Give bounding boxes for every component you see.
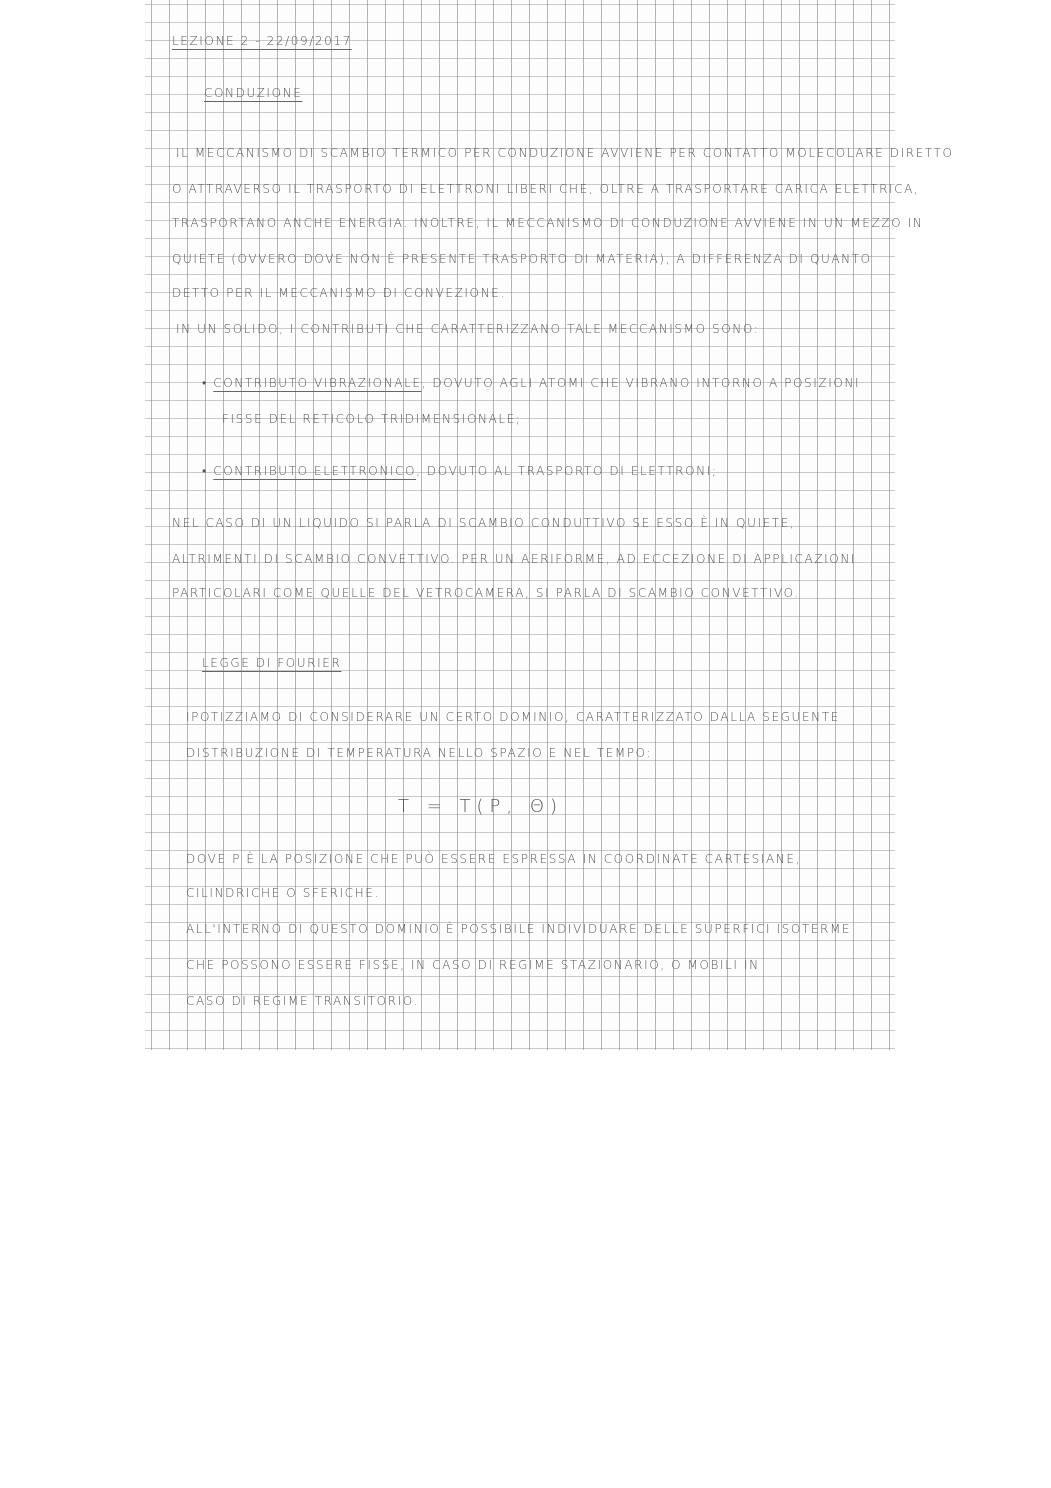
- paragraph-line: altrimenti di scambio convettivo. Per un…: [172, 552, 856, 566]
- bullet-item: • Contributo elettronico, dovuto al tras…: [202, 464, 717, 478]
- bullet-continuation: fisse del reticolo tridimensionale;: [222, 412, 522, 426]
- section-title-conduzione: Conduzione: [204, 86, 302, 100]
- lesson-header: Lezione 2 - 22/09/2017: [172, 34, 352, 48]
- paragraph-line: caso di regime transitorio.: [186, 994, 419, 1008]
- bullet-item: • Contributo vibrazionale, dovuto agli a…: [202, 376, 860, 390]
- equation: T = T(P, θ): [398, 796, 563, 817]
- bullet-dot: •: [202, 376, 213, 390]
- paragraph-line: cilindriche o sferiche.: [186, 886, 380, 900]
- paragraph-line: quiete (ovvero dove non è presente trasp…: [172, 252, 872, 266]
- bullet-term: Contributo elettronico: [213, 464, 416, 478]
- paragraph-line: In un solido, i contributi che caratteri…: [176, 322, 759, 336]
- paragraph-line: trasportano anche energia. Inoltre, il m…: [172, 216, 923, 230]
- paragraph-line: All'interno di questo dominio è possibil…: [186, 922, 851, 936]
- paragraph-line: Nel caso di un liquido si parla di scamb…: [172, 516, 795, 530]
- paragraph-line: Ipotizziamo di considerare un certo domi…: [186, 710, 840, 724]
- paragraph-line: detto per il meccanismo di convezione.: [172, 286, 506, 300]
- bullet-term: Contributo vibrazionale: [213, 376, 421, 390]
- paragraph-line: distribuzione di temperatura nello spazi…: [186, 746, 652, 760]
- paragraph-line: che possono essere fisse, in caso di reg…: [186, 958, 760, 972]
- paragraph-line: o attraverso il trasporto di elettroni l…: [172, 182, 919, 196]
- paragraph-line: Il meccanismo di scambio termico per con…: [176, 146, 954, 160]
- bullet-text: , dovuto agli atomi che vibrano intorno …: [422, 376, 861, 390]
- paragraph-line: Dove P è la posizione che può essere esp…: [186, 852, 801, 866]
- paragraph-line: particolari come quelle del vetrocamera,…: [172, 586, 800, 600]
- bullet-dot: •: [202, 464, 213, 478]
- section-title-fourier: Legge di Fourier: [202, 656, 341, 670]
- bullet-text: , dovuto al trasporto di elettroni;: [416, 464, 717, 478]
